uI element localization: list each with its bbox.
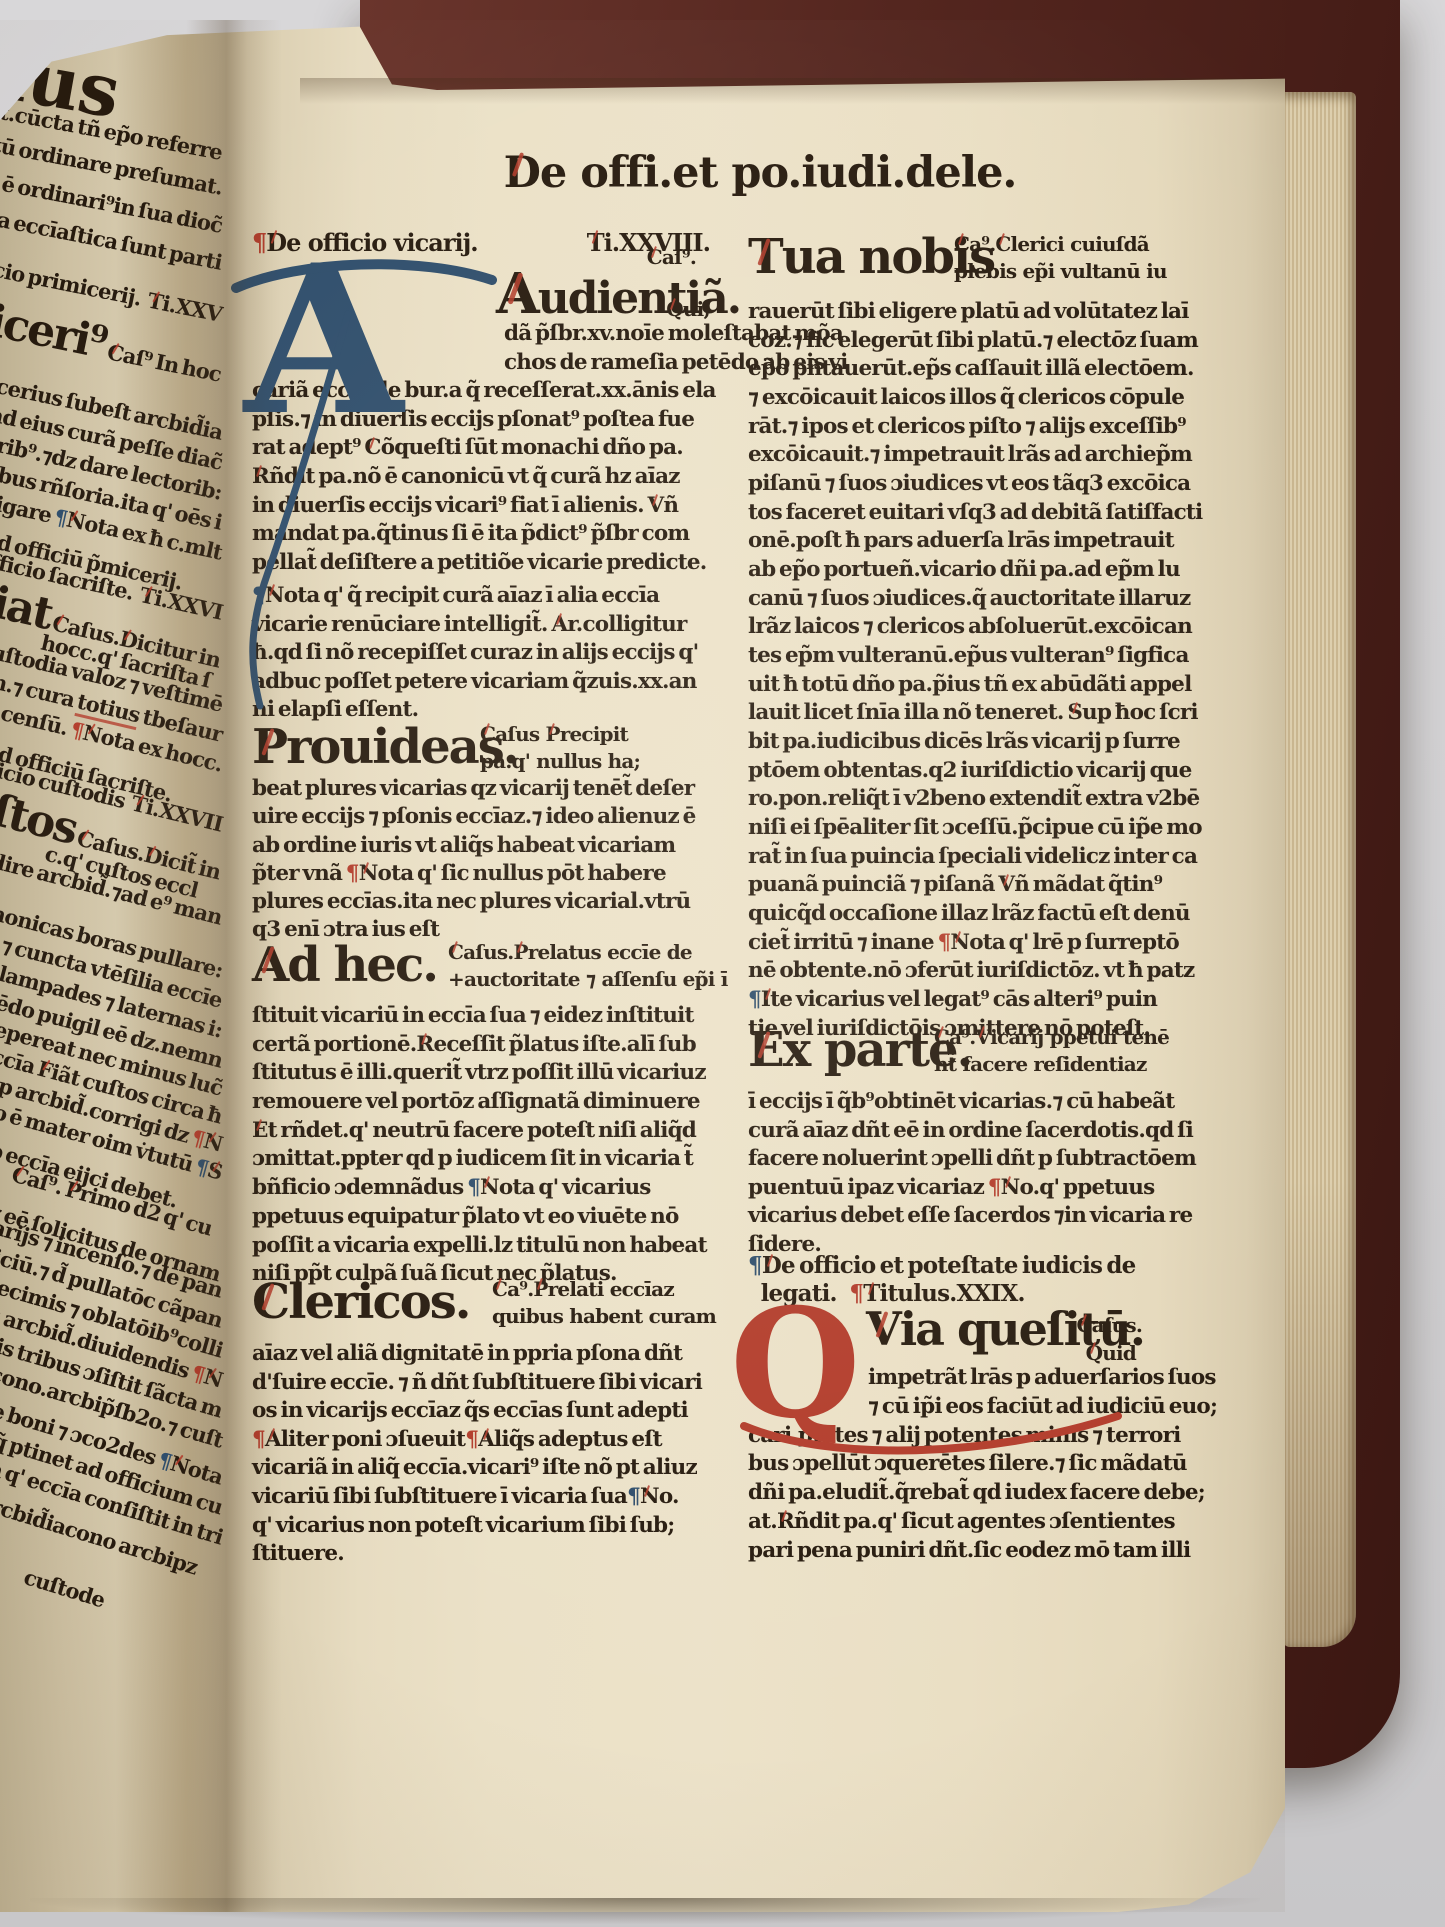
text-line: at.Rñdit pa.q' ſicut agentes ɔſentientes: [748, 1508, 1142, 1537]
casus-line: pa.q' nullus ha;: [480, 748, 710, 775]
column-right: Tua nobisCa⁹.Clerici cuiuſdãplebis ep̃i …: [748, 20, 1142, 1912]
text-line: ptōem obtentas.q2 iuriſdictio vicarij qu…: [748, 757, 1142, 786]
text-line: dñi pa.eludit̃.q̃rebat̃ qd iudex facere …: [748, 1479, 1142, 1508]
red-pilcrow-mark: ¶: [346, 861, 359, 886]
text-line: excōicauit.⁊ impetrauit lrãs ad archiep̃…: [748, 441, 1142, 470]
section-incipit: Prouideas.: [252, 719, 517, 775]
casus-line: quibus habent curam: [492, 1303, 710, 1330]
text-block: aīaz vel aliã dignitatē in ppria pſona d…: [252, 1340, 710, 1569]
red-pilcrow-mark: ¶: [937, 930, 950, 955]
text-line: ſtituit vicariū in eccīa ſua ⁊ eidez inſ…: [252, 1002, 710, 1031]
section-heading: Clericos.Ca⁹.Prelati eccīazquibus habent…: [252, 1278, 710, 1326]
text-line: impetrãt lrās p aduerſarios ſuos: [868, 1364, 1142, 1393]
red-slashed-letter: Q: [1086, 1340, 1103, 1367]
red-slashed-letter: N: [950, 929, 969, 958]
casus-line: Ca⁹.Vicarij ppetui tenē: [934, 1024, 1142, 1051]
red-slashed-letter: C: [105, 339, 126, 367]
text-block: rauerūt ſibi eligere platū ad volūtatez …: [748, 298, 1142, 1043]
red-slashed-letter: V: [866, 1306, 900, 1352]
section-heading: Ex parte.Ca⁹.Vicarij ppetui tenēnt̃ face…: [748, 1026, 1142, 1074]
page-edge-stack: [1282, 92, 1356, 1647]
text-line: ¶Ite vicarius vel legat⁹ cās alteri⁹ pui…: [748, 986, 1142, 1015]
text-line: vicarius debet eſſe ſacerdos ⁊in vicaria…: [748, 1202, 1142, 1231]
text-line: ī eccijs ī q̃b⁹obtinēt vicarias.⁊ cū hab…: [748, 1088, 1142, 1117]
text-line: puanã puinciã ⁊ piſanã Vñ mãdat q̃tin⁹: [748, 871, 1142, 900]
text-line: ɔmittat.ppter qd p iudicem ſit in vicari…: [252, 1145, 710, 1174]
section-incipit: Clericos.: [252, 1274, 469, 1330]
text-line: ſtitutus ē illi.querit̃ vtrz poſſit illū…: [252, 1059, 710, 1088]
text-line: uire eccijs ⁊ pſonis eccīaz.⁊ ideo alien…: [252, 803, 710, 831]
left-page-text-fragment: cuſtode: [21, 1564, 108, 1612]
red-slashed-letter: C: [934, 1024, 949, 1051]
text-line: remouere vel portōz aſſignatã diminuere: [252, 1088, 710, 1117]
section-casus: Caſus Precipitpa.q' nullus ha;: [480, 721, 710, 775]
red-slashed-letter: C: [480, 721, 495, 748]
text-line: vicariã in aliq̃ eccīa.vicari⁹ iſte nõ p…: [252, 1454, 710, 1483]
casus-line: Caſus Precipit: [480, 721, 710, 748]
red-slashed-letter: V: [975, 1024, 990, 1051]
blue-pilcrow-mark: ¶: [748, 1252, 762, 1279]
text-block: beat plures vicarias qz vicarij tenēt̃ d…: [252, 775, 710, 945]
text-line: plures eccīas.ita nec plures vicarial.vt…: [252, 888, 710, 916]
text-line: lauit licet ſnīa illa nõ teneret. Sup ħo…: [748, 699, 1142, 728]
section-casus: Caſus.Prelatus eccīe de+auctoritate ⁊ aſ…: [448, 939, 710, 993]
blue-pilcrow-mark: ¶: [627, 1484, 640, 1509]
blue-pilcrow-mark: ¶: [467, 1175, 480, 1200]
red-slashed-letter: V: [998, 871, 1014, 900]
text-line: ab ordine iuris vt aliq̃s habeat vicaria…: [252, 832, 710, 860]
red-slashed-letter: Q: [666, 296, 683, 323]
text-line: quicq̃d occaſione illaz lrãz factū eſt d…: [748, 900, 1142, 929]
red-slashed-letter: I: [761, 986, 770, 1015]
red-slashed-letter: R: [416, 1031, 433, 1060]
red-slashed-letter: A: [496, 266, 538, 322]
text-block: ī eccijs ī q̃b⁹obtinēt vicarias.⁊ cū hab…: [748, 1088, 1142, 1260]
red-slashed-letter: E: [252, 1117, 268, 1146]
text-line: p̃ter vnã ¶Nota q' ſic nullus pōt habere: [252, 860, 710, 888]
section-heading: Tua nobisCa⁹.Clerici cuiuſdãplebis ep̃i …: [748, 233, 1142, 281]
text-line: canū ⁊ ſuos ɔiudices.q̃ auctoritate illa…: [748, 585, 1142, 614]
blue-pilcrow-mark: ¶: [748, 987, 761, 1012]
casus-side-label: Caſus.: [1077, 1312, 1142, 1339]
text-line: ¶Aliter poni ɔſueuit¶Aliq̃s adeptus eſt: [252, 1426, 710, 1455]
red-slashed-letter: A: [551, 611, 567, 640]
red-slashed-letter: A: [252, 941, 287, 989]
red-slashed-letter: A: [478, 1426, 494, 1455]
text-line: os in vicarijs eccīaz q̃s eccīas ſunt ad…: [252, 1397, 710, 1426]
casus-line: +auctoritate ⁊ aſſenſu ep̃i ī: [448, 966, 710, 993]
red-slashed-letter: V: [647, 492, 663, 521]
red-slashed-letter: N: [640, 1483, 659, 1512]
text-line: coz.⁊ ſic elegerūt ſibi platū.⁊ electōz …: [748, 327, 1142, 356]
initial-a-flourish: [230, 244, 500, 714]
illuminated-initial-A: A: [244, 262, 403, 422]
red-slashed-letter: N: [64, 506, 87, 534]
red-pilcrow-mark: ¶: [252, 1427, 265, 1452]
red-slashed-letter: C: [954, 231, 969, 258]
casus-line: Ca⁹.Clerici cuiuſdã: [954, 231, 1142, 258]
text-line: lrãz laicos ⁊ clericos abſoluerūt.excōic…: [748, 613, 1142, 642]
red-slashed-letter: T: [137, 582, 157, 610]
text-line: poſſit a vicaria expelli.lz titulū non h…: [252, 1232, 710, 1261]
red-slashed-letter: N: [480, 1174, 499, 1203]
red-slashed-letter: C: [448, 939, 463, 966]
text-line: ab ep̃o portueñ.vicario dñi pa.ad ep̃m l…: [748, 556, 1142, 585]
text-line: beat plures vicarias qz vicarij tenēt̃ d…: [252, 775, 710, 803]
red-slashed-letter: P: [252, 723, 286, 771]
section-heading: Prouideas.Caſus Precipitpa.q' nullus ha;: [252, 723, 710, 771]
text-line: onē.poſt ħ pars aduerſa lrās impetrauit: [748, 527, 1142, 556]
text-line: nē obtente.nō ɔferūt iuriſdictōz. vt ħ p…: [748, 957, 1142, 986]
text-line: certã portionē.Receſſit p̃latus iſte.alī…: [252, 1031, 710, 1060]
text-line: rāt.⁊ ipos et clericos piſto ⁊ alijs exc…: [748, 413, 1142, 442]
red-slashed-letter: N: [1001, 1174, 1020, 1203]
left-page-fragments: Simusās videat̃.cūcta tñ ep̃o referreei⁹…: [0, 20, 222, 1912]
red-slashed-letter: C: [252, 1278, 288, 1326]
text-line: puentuū ipaz vicariaz ¶No.q' ppetuus: [748, 1174, 1142, 1203]
red-slashed-letter: E: [748, 1026, 783, 1074]
red-pilcrow-mark: ¶: [988, 1175, 1001, 1200]
red-slashed-letter: T: [146, 288, 165, 315]
text-line: ep̃o pñtauerūt.ep̃s caſſauit illã electō…: [748, 355, 1142, 384]
red-slashed-letter: C: [1077, 1312, 1092, 1339]
red-slashed-letter: C: [492, 1276, 507, 1303]
red-slashed-letter: S: [1067, 699, 1082, 728]
text-line: d'ſuire eccīe. ⁊ ñ dñt ſubſtituere ſibi …: [252, 1369, 710, 1398]
text-line: piſanū ⁊ ſuos ɔiudices vt eos tãq3 excōi…: [748, 470, 1142, 499]
red-slashed-letter: N: [359, 860, 378, 888]
text-line: ⁊ excōicauit laicos illos q̃ clericos cō…: [748, 384, 1142, 413]
red-slashed-letter: F: [35, 1056, 55, 1084]
text-line: chos de rameſia petēdo ab eis vi: [504, 349, 710, 378]
text-line: rat̃ in ſua puincia ſpeciali videlicz in…: [748, 843, 1142, 872]
section-heading: Ad hec.Caſus.Prelatus eccīe de+auctorita…: [252, 941, 710, 989]
section-casus: Ca⁹.Prelati eccīazquibus habent curam: [492, 1276, 710, 1330]
text-line: q' vicarius non poteſt vicarium ſibi ſub…: [252, 1512, 710, 1541]
red-slashed-letter: A: [265, 1426, 281, 1455]
text-line: niſi ei ſpēaliter ſit ɔceſſū.p̃cipue cū …: [748, 814, 1142, 843]
text-line: Et rñdet.q' neutrū facere poteſt niſi al…: [252, 1117, 710, 1146]
text-line: ſtituere.: [252, 1540, 710, 1569]
text-line: facere noluerint ɔpelli dñt p ſubtractōe…: [748, 1145, 1142, 1174]
text-line: ro.pon.reliq̃t ī v2beno extendit̃ extra …: [748, 785, 1142, 814]
text-line: tos faceret euitari vſq3 ad debitã ſatiſ…: [748, 499, 1142, 528]
text-line: uit ħ totū dño pa.p̃ius tñ ex abūdãti ap…: [748, 671, 1142, 700]
red-slashed-letter: P: [545, 721, 559, 748]
text-line: ppetuus equipatur p̃lato vt eo viuēte nō: [252, 1203, 710, 1232]
red-slashed-letter: R: [777, 1508, 794, 1537]
text-line: dã p̃ſbr.xv.noīe moleſtabat mõa: [504, 320, 710, 349]
red-slashed-letter: P: [513, 939, 527, 966]
section-casus: Ca⁹.Vicarij ppetui tenēnt̃ facere reſide…: [934, 1024, 1142, 1078]
text-line: pari pena puniri dñt.ſic eodez mō tam il…: [748, 1537, 1142, 1566]
initial-q-swash: [736, 1408, 1126, 1468]
text-line: bñficio ɔdemnãdus ¶Nota q' vicarius: [252, 1174, 710, 1203]
red-slashed-letter: P: [533, 1276, 547, 1303]
casus-line: Caſus.Prelatus eccīe de: [448, 939, 710, 966]
red-slashed-letter: C: [995, 231, 1010, 258]
casus-side-label: Qui;: [666, 296, 710, 323]
open-pages-paper: De offi.et po.iudi.dele. ¶De officio vic…: [0, 20, 1285, 1912]
text-line: tes ep̃m vulteranū.ep̃us vulteran⁹ ſigfi…: [748, 642, 1142, 671]
text-line: rauerūt ſibi eligere platū ad volūtatez …: [748, 298, 1142, 327]
red-slashed-letter: T: [748, 233, 782, 281]
red-slashed-letter: T: [587, 228, 604, 257]
casus-line: Ca⁹.Prelati eccīaz: [492, 1276, 710, 1303]
red-pilcrow-mark: ¶: [465, 1427, 478, 1452]
text-block: ſtituit vicariū in eccīa ſua ⁊ eidez inſ…: [252, 1002, 710, 1289]
text-line: ciet̃ irritū ⁊ inane ¶Nota q' lrē p ſurr…: [748, 929, 1142, 958]
text-line: vicariū ſibi ſubſtituere ī vicaria ſua¶N…: [252, 1483, 710, 1512]
text-line: aīaz vel aliã dignitatē in ppria pſona d…: [252, 1340, 710, 1369]
illuminated-initial-Q: Q: [730, 1306, 861, 1423]
column-left: ¶De officio vicarij.Ti.XXVIII.Caſ⁹.AAudi…: [252, 20, 710, 1912]
casus-side-label: Quid: [1086, 1340, 1136, 1367]
section-casus: Ca⁹.Clerici cuiuſdãplebis ep̃i vultanū i…: [954, 231, 1142, 285]
text-line: curã aīaz dñt eē in ordine ſacerdotis.qd…: [748, 1117, 1142, 1146]
photo-background: { "title": "Incunable leaf — De officio …: [0, 0, 1445, 1927]
casus-line: nt̃ facere reſidentiaz: [934, 1051, 1142, 1078]
section-incipit: Ad hec.: [252, 937, 437, 993]
red-slashed-letter: T: [129, 790, 149, 818]
text-line: bit pa.iudicibus dicēs lrãs vicarij p ſu…: [748, 728, 1142, 757]
casus-line: plebis ep̃i vultanū iu: [954, 258, 1142, 285]
